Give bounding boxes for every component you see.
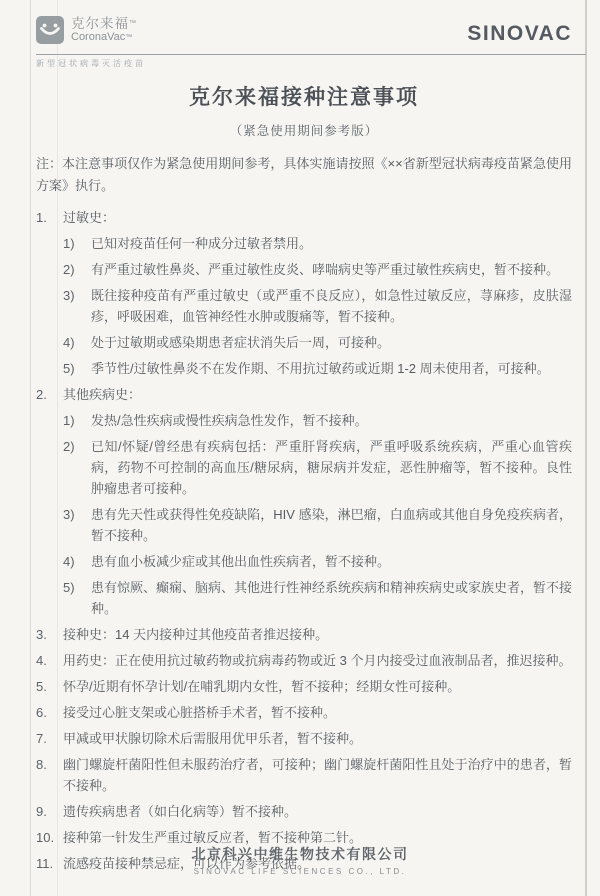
list-subitem: 3) 既往接种疫苗有严重过敏史（或严重不良反应），如急性过敏反应，荨麻疹，皮肤湿… [63, 285, 572, 327]
subitem-number: 2) [63, 436, 91, 499]
subitem-text: 既往接种疫苗有严重过敏史（或严重不良反应），如急性过敏反应，荨麻疹，皮肤湿疹，呼… [91, 285, 572, 327]
item-text: 甲减或甲状腺切除术后需服用优甲乐者，暂不接种。 [63, 728, 572, 749]
trademark-symbol: ™ [125, 34, 132, 41]
document-page: 克尔来福™ CoronaVac™ SINOVAC 新型冠状病毒灭活疫苗 克尔来福… [0, 0, 600, 896]
item-text: 接种史：14 天内接种过其他疫苗者推迟接种。 [63, 624, 572, 645]
subitem-number: 4) [63, 332, 91, 353]
list-item: 1. 过敏史： [36, 207, 572, 228]
subitem-text: 有严重过敏性鼻炎、严重过敏性皮炎、哮喘病史等严重过敏性疾病史，暂不接种。 [91, 259, 572, 280]
subitem-number: 1) [63, 410, 91, 431]
item-number: 2. [36, 384, 63, 405]
list-item: 4. 用药史：正在使用抗过敏药物或抗病毒药物或近 3 个月内接受过血液制品者，推… [36, 650, 572, 671]
subitem-text: 患有血小板减少症或其他出血性疾病者，暂不接种。 [91, 551, 572, 572]
vaccine-tagline: 新型冠状病毒灭活疫苗 [36, 58, 572, 69]
sinovac-logo: SINOVAC [467, 22, 572, 46]
item-number: 6. [36, 702, 63, 723]
subitem-text: 已知/怀疑/曾经患有疾病包括：严重肝肾疾病，严重呼吸系统疾病，严重心血管疾病，药… [91, 436, 572, 499]
document-header: 克尔来福™ CoronaVac™ SINOVAC [36, 0, 572, 54]
item-text: 怀孕/近期有怀孕计划/在哺乳期内女性，暂不接种；经期女性可接种。 [63, 676, 572, 697]
item-number: 7. [36, 728, 63, 749]
subitem-text: 患有先天性或获得性免疫缺陷，HIV 感染，淋巴瘤，白血病或其他自身免疫疾病者，暂… [91, 504, 572, 546]
subitem-number: 3) [63, 285, 91, 327]
item-text: 其他疾病史： [63, 384, 572, 405]
subitem-text: 已知对疫苗任何一种成分过敏者禁用。 [91, 233, 572, 254]
subitem-text: 季节性/过敏性鼻炎不在发作期、不用抗过敏药或近期 1-2 周未使用者，可接种。 [91, 358, 572, 379]
list-item: 8. 幽门螺旋杆菌阳性但未服药治疗者，可接种；幽门螺旋杆菌阳性且处于治疗中的患者… [36, 754, 572, 796]
list-subitem: 1) 已知对疫苗任何一种成分过敏者禁用。 [63, 233, 572, 254]
list-item: 2. 其他疾病史： [36, 384, 572, 405]
subitem-number: 1) [63, 233, 91, 254]
list-subitem: 2) 已知/怀疑/曾经患有疾病包括：严重肝肾疾病，严重呼吸系统疾病，严重心血管疾… [63, 436, 572, 499]
item-number: 8. [36, 754, 63, 796]
list-item: 9. 遗传疾病患者（如白化病等）暂不接种。 [36, 801, 572, 822]
item-number: 3. [36, 624, 63, 645]
subitem-text: 患有惊厥、癫痫、脑病、其他进行性神经系统疾病和精神疾病史或家族史者，暂不接种。 [91, 577, 572, 619]
brand-name-en: CoronaVac [71, 31, 125, 43]
smiley-face-logo-icon [36, 16, 64, 44]
company-name-en: SINOVAC LIFE SCIENCES CO., LTD. [0, 867, 600, 876]
list-subitem: 5) 季节性/过敏性鼻炎不在发作期、不用抗过敏药或近期 1-2 周未使用者，可接… [63, 358, 572, 379]
page-title: 克尔来福接种注意事项 [36, 81, 572, 111]
header-divider [36, 54, 586, 55]
list-subitem: 4) 处于过敏期或感染期患者症状消失后一周，可接种。 [63, 332, 572, 353]
sublist: 1) 发热/急性疾病或慢性疾病急性发作，暂不接种。 2) 已知/怀疑/曾经患有疾… [63, 410, 572, 619]
list-item: 5. 怀孕/近期有怀孕计划/在哺乳期内女性，暂不接种；经期女性可接种。 [36, 676, 572, 697]
sublist: 1) 已知对疫苗任何一种成分过敏者禁用。 2) 有严重过敏性鼻炎、严重过敏性皮炎… [63, 233, 572, 379]
item-number: 5. [36, 676, 63, 697]
subitem-number: 2) [63, 259, 91, 280]
list-item: 7. 甲减或甲状腺切除术后需服用优甲乐者，暂不接种。 [36, 728, 572, 749]
item-number: 4. [36, 650, 63, 671]
list-subitem: 1) 发热/急性疾病或慢性疾病急性发作，暂不接种。 [63, 410, 572, 431]
item-text: 用药史：正在使用抗过敏药物或抗病毒药物或近 3 个月内接受过血液制品者，推迟接种… [63, 650, 572, 671]
subitem-text: 发热/急性疾病或慢性疾病急性发作，暂不接种。 [91, 410, 572, 431]
brand-name-cn: 克尔来福 [71, 16, 129, 31]
coronavac-brand: 克尔来福™ CoronaVac™ [36, 16, 137, 44]
item-number: 9. [36, 801, 63, 822]
preamble-note: 注：本注意事项仅作为紧急使用期间参考，具体实施请按照《××省新型冠状病毒疫苗紧急… [36, 153, 572, 197]
item-text: 过敏史： [63, 207, 572, 228]
document-footer: 北京科兴中维生物技术有限公司 SINOVAC LIFE SCIENCES CO.… [0, 844, 600, 876]
company-name-cn: 北京科兴中维生物技术有限公司 [0, 844, 600, 864]
list-subitem: 3) 患有先天性或获得性免疫缺陷，HIV 感染，淋巴瘤，白血病或其他自身免疫疾病… [63, 504, 572, 546]
subitem-number: 5) [63, 358, 91, 379]
list-subitem: 2) 有严重过敏性鼻炎、严重过敏性皮炎、哮喘病史等严重过敏性疾病史，暂不接种。 [63, 259, 572, 280]
brand-text: 克尔来福™ CoronaVac™ [71, 16, 137, 44]
list-item: 3. 接种史：14 天内接种过其他疫苗者推迟接种。 [36, 624, 572, 645]
item-text: 接受过心脏支架或心脏搭桥手术者，暂不接种。 [63, 702, 572, 723]
subitem-number: 5) [63, 577, 91, 619]
list-subitem: 5) 患有惊厥、癫痫、脑病、其他进行性神经系统疾病和精神疾病史或家族史者，暂不接… [63, 577, 572, 619]
list-subitem: 4) 患有血小板减少症或其他出血性疾病者，暂不接种。 [63, 551, 572, 572]
precautions-list: 1. 过敏史： 1) 已知对疫苗任何一种成分过敏者禁用。 2) 有严重过敏性鼻炎… [36, 207, 572, 874]
subitem-number: 4) [63, 551, 91, 572]
page-subtitle: （紧急使用期间参考版） [36, 121, 572, 139]
list-item: 6. 接受过心脏支架或心脏搭桥手术者，暂不接种。 [36, 702, 572, 723]
item-number: 1. [36, 207, 63, 228]
subitem-text: 处于过敏期或感染期患者症状消失后一周，可接种。 [91, 332, 572, 353]
item-text: 遗传疾病患者（如白化病等）暂不接种。 [63, 801, 572, 822]
item-text: 幽门螺旋杆菌阳性但未服药治疗者，可接种；幽门螺旋杆菌阳性且处于治疗中的患者，暂不… [63, 754, 572, 796]
trademark-symbol: ™ [129, 20, 137, 27]
subitem-number: 3) [63, 504, 91, 546]
